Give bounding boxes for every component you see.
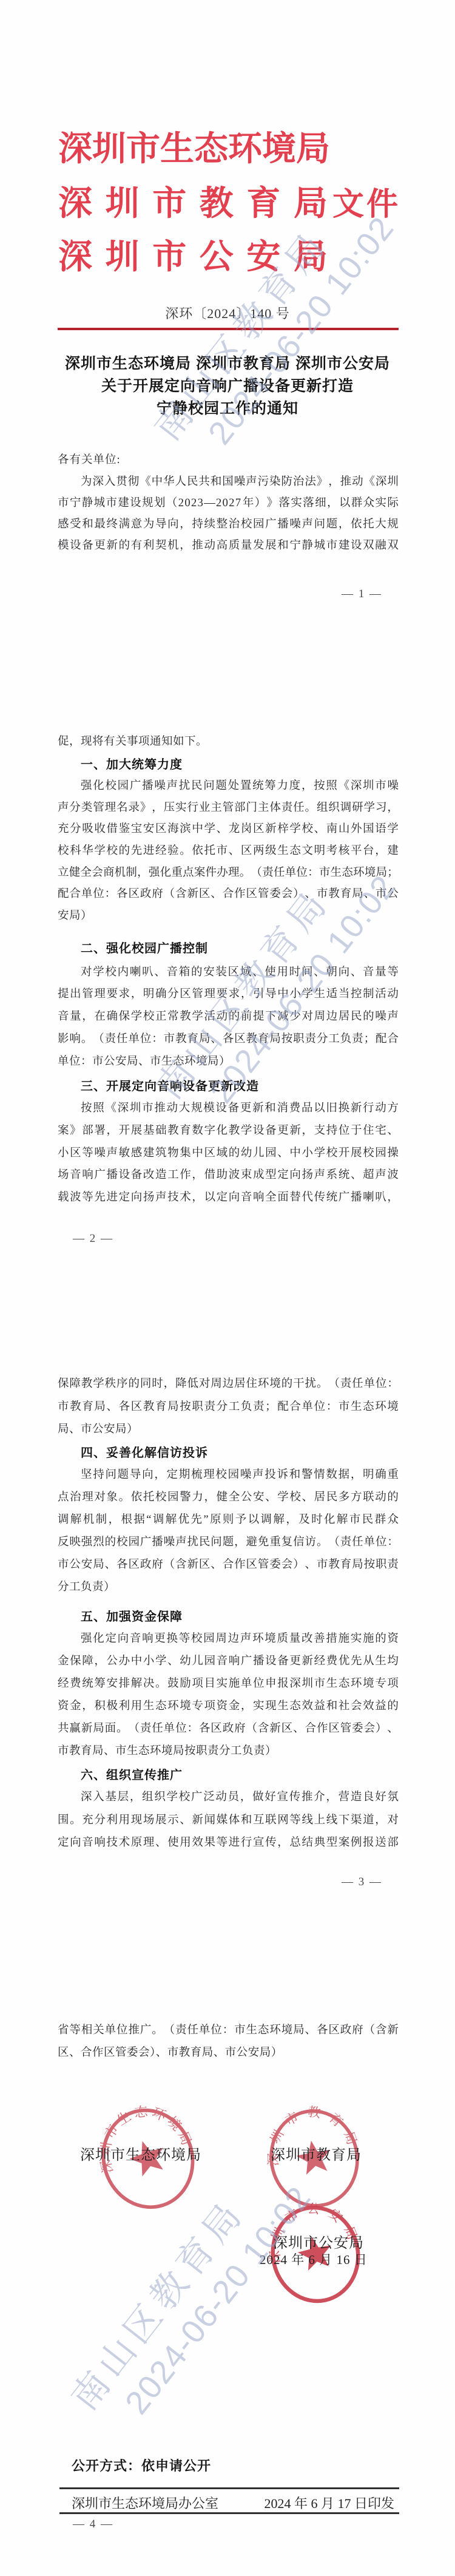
footer-divider-top (59, 2487, 399, 2489)
body-line: 对学校内喇叭、音箱的安装区域、使用时间、朝向、音量等 (81, 965, 399, 982)
body-line: 共赢新局面。（责任单位：各区政府（含新区、合作区管委会）、 (58, 1721, 399, 1738)
header-agency-line-1: 深圳市生态环境局 (58, 132, 328, 166)
body-line: 点治理对象。依托校园警力，健全公安、学校、居民多方联动的 (58, 1490, 399, 1507)
signature-agency-ecology: 深圳市生态环境局 (80, 2143, 201, 2164)
footer-divider-bottom (59, 2512, 399, 2514)
body-line: 案》部署，开展基础教育数字化教学设备更新，支持位于住宅、 (58, 1124, 399, 1141)
page-number-1: — 1 — (0, 588, 382, 601)
header-doc-type-suffix: 文件 (332, 189, 400, 221)
page-number-3: — 3 — (0, 1876, 382, 1889)
body-line: 载波等先进定向扬声技术，以定向音响全面替代传统广播喇叭， (58, 1190, 399, 1207)
body-line: 促，现将有关事项通知如下。 (58, 734, 399, 751)
body-line: 深入基层，组织学校广泛动员，做好宣传推介，营造良好氛 (81, 1790, 399, 1807)
body-line: 局、市公安局） (58, 1422, 399, 1439)
body-line: 省等相关单位推广。（责任单位：市生态环境局、各区政府（含新 (58, 2023, 399, 2040)
body-line: 市教育局、各区教育局按职责分工负责；配合单位：市生态环境 (58, 1400, 399, 1417)
body-line: 提出管理要求，明确分区管理要求，引导中小学生适当控制活动 (58, 987, 399, 1004)
body-line: 强化校园广播噪声扰民问题处置统筹力度，按照《深圳市噪 (81, 779, 399, 796)
body-line: 按照《深圳市推动大规模设备更新和消费品以旧换新行动方 (81, 1101, 399, 1118)
body-line: 音量，在确保学校正常教学活动的前提下减少对周边居民的噪声 (58, 1009, 399, 1026)
body-line: 金保障，公办中小学、幼儿园音响广播设备更新经费优先从生均 (58, 1654, 399, 1671)
body-line: 定向音响技术原理、使用效果等进行宣传，总结典型案例报送部 (58, 1835, 399, 1852)
body-line: 感受和最终满意为导向，持续整治校园广播噪声问题，依托大规 (58, 517, 399, 534)
body-line: 模设备更新的有利契机，推动高质量发展和宁静城市建设双融双 (58, 538, 399, 555)
body-line: 围。充分利用现场展示、新闻媒体和互联网等线上线下渠道，对 (58, 1813, 399, 1830)
section-heading: 四、妥善化解信访投诉 (81, 1445, 399, 1462)
body-line: 强化定向音响更换等校园周边声环境质量改善措施实施的资 (81, 1632, 399, 1649)
body-line: 配合单位：各区政府（含新区、合作区管委会）、市教育局、市公 (58, 887, 399, 904)
body-line: 影响。（责任单位：市教育局、各区教育局按职责分工负责；配合 (58, 1032, 399, 1049)
body-line: 区、合作区管委会）、市教育局、市公安局） (58, 2046, 399, 2062)
header-agency-line-3: 深圳市公安局 (58, 240, 328, 274)
title-line-1: 深圳市生态环境局 深圳市教育局 深圳市公安局 (0, 354, 455, 373)
signature-agency-police: 深圳市公安局 (273, 2231, 364, 2252)
red-divider (58, 328, 399, 330)
print-date: 2024 年 6 月 17 日印发 (0, 2493, 394, 2512)
section-heading: 二、强化校园广播控制 (81, 940, 399, 957)
document-scan: 深圳市生态环境局 深圳市教育局 文件 深圳市公安局 深环〔2024〕140 号 … (0, 0, 455, 2576)
page-number-2: — 2 — (73, 1232, 113, 1246)
body-line: 声分类管理名录》，压实行业主管部门主体责任。组织调研学习， (58, 801, 399, 818)
section-heading: 三、开展定向音响设备更新改造 (81, 1078, 399, 1095)
body-line: 调解机制，根据“调解优先”原则予以调解，及时化解市民群众 (58, 1513, 399, 1530)
body-line: 场音响广播设备改造工作，借助波束成型定向扬声系统、超声波 (58, 1168, 399, 1185)
body-line: 市公安局、各区政府（含新区、合作区管委会）、市教育局按职责 (58, 1557, 399, 1574)
body-line: 市宁静城市建设规划（2023—2027 年）》落实落细，以群众实际 (58, 496, 399, 513)
signature-agency-education: 深圳市教育局 (271, 2143, 362, 2164)
section-heading: 一、加大统筹力度 (81, 756, 399, 773)
body-line: 反映强烈的校园广播噪声扰民问题，避免重复信访。（责任单位： (58, 1535, 399, 1552)
body-line: 小区等噪声敏感建筑物集中区域的幼儿园、中小学校开展校园操 (58, 1146, 399, 1163)
body-line: 立健全会商机制，强化重点案件办理。（责任单位：市生态环境局； (58, 866, 399, 883)
page-number-4: — 4 — (73, 2518, 113, 2531)
body-line: 分工负责） (58, 1580, 399, 1597)
body-line: 坚持问题导向，定期梳理校园噪声投诉和警情数据，明确重 (81, 1468, 399, 1485)
doc-number: 深环〔2024〕140 号 (0, 303, 455, 322)
body-line: 充分吸收借鉴宝安区海滨中学、龙岗区新梓学校、南山外国语学 (58, 822, 399, 839)
header-agency-line-2: 深圳市教育局 (58, 187, 328, 221)
body-line: 安局） (58, 909, 399, 926)
body-line: 单位：市公安局、市生态环境局） (58, 1054, 399, 1071)
body-line: 资金，积极利用生态环境专项资金，实现生态效益和社会效益的 (58, 1699, 399, 1716)
disclosure-method: 公开方式：依申请公开 (72, 2456, 211, 2475)
section-heading: 五、加强资金保障 (81, 1608, 399, 1625)
body-line: 经费统筹安排解决。鼓励项目实施单位申报深圳市生态环境专项 (58, 1676, 399, 1693)
title-line-2: 关于开展定向音响广播设备更新打造 (0, 377, 455, 395)
body-line: 校科华学校的先进经验。依托市、区两级生态文明考核平台，建 (58, 844, 399, 861)
body-line: 为深入贯彻《中华人民共和国噪声污染防治法》，推动《深圳 (81, 475, 399, 492)
body-line: 各有关单位: (58, 453, 399, 470)
body-line: 保障教学秩序的同时，降低对周边居住环境的干扰。（责任单位： (58, 1377, 399, 1394)
title-line-3: 宁静校园工作的通知 (0, 399, 455, 418)
section-heading: 六、组织宣传推广 (81, 1767, 399, 1784)
signature-date: 2024 年 6 月 16 日 (260, 2250, 368, 2268)
body-line: 市教育局、市生态环境局按职责分工负责） (58, 1744, 399, 1761)
